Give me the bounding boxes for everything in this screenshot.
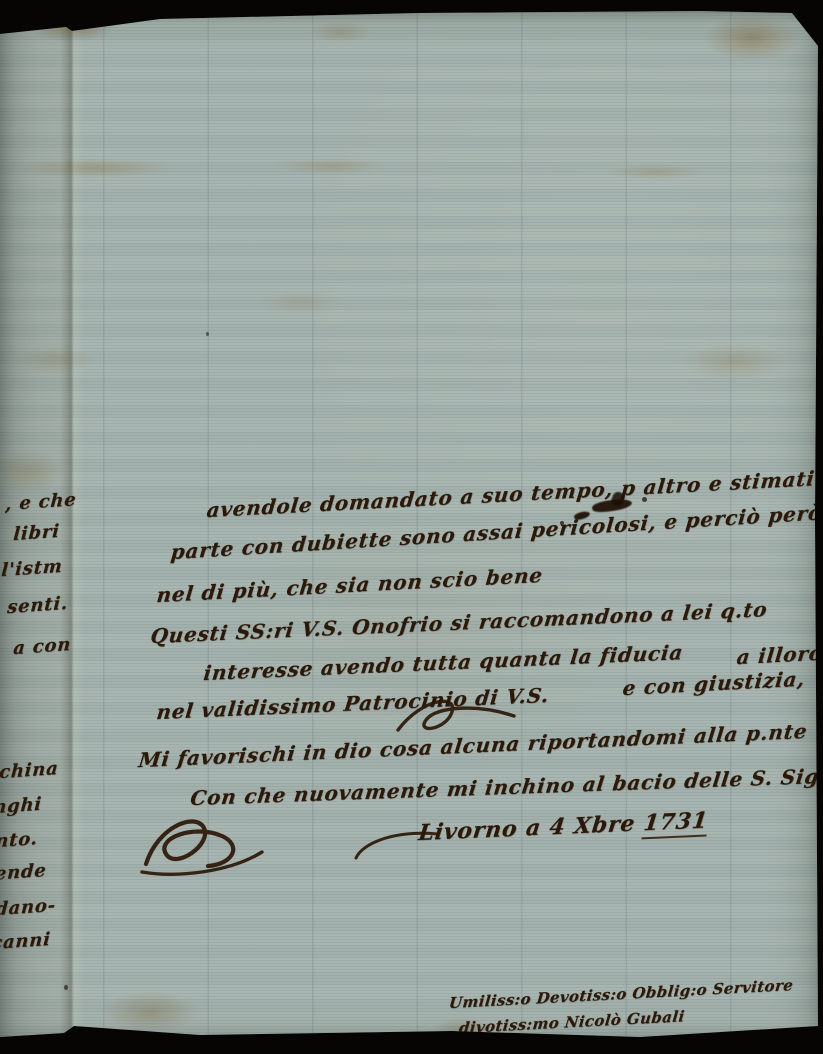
ink-speck [642,497,647,502]
dateline-year: 1731 [642,807,710,839]
paper-sheet: , e che libri l'istm senti. a con nchina… [0,0,823,1054]
facing-page-fragment: libri [13,521,61,545]
paraph-flourish [138,806,268,878]
signature-line-1: Umiliss:o Devotiss:o Obblig:o Servitore [448,976,794,1012]
letter-line-4b: a illoro [735,640,823,669]
facing-page-fragment: nto. [0,828,38,852]
facing-page-fragment: nchina [0,758,59,784]
letter-line-5b: e con giustizia, [621,666,806,700]
letter-line-8: Con che nuovamente mi inchino al bacio d… [189,763,823,810]
ink-speck [64,985,68,990]
line-end-flourish [392,690,522,742]
manuscript-photo: , e che libri l'istm senti. a con nchina… [0,0,823,1054]
facing-page-fragment: , e che [5,489,78,515]
ink-speck [560,521,564,525]
letter-line-3: nel di più, che sia non scio bene [155,563,544,607]
dateline-swash [352,828,442,862]
facing-page-fragment: canni [0,929,51,954]
facing-page-fragment: l'istm [1,556,64,581]
facing-page-fragment: a con [13,634,72,659]
ink-speck [206,332,209,336]
signature-line-2: divotiss:mo Nicolò Gubali [458,1007,685,1037]
letter-line-5: interesse avendo tutta quanta la fiducia [202,640,684,685]
dateline: Livorno a 4 Xbre 1731 [417,807,710,846]
facing-page-fragment: senti. [7,593,69,618]
facing-page-fragment: lende [0,860,47,885]
dateline-place: Livorno a 4 Xbre [417,810,645,846]
facing-page-fragment: dano- [0,895,57,920]
facing-page-fragment: nghi [0,794,43,819]
